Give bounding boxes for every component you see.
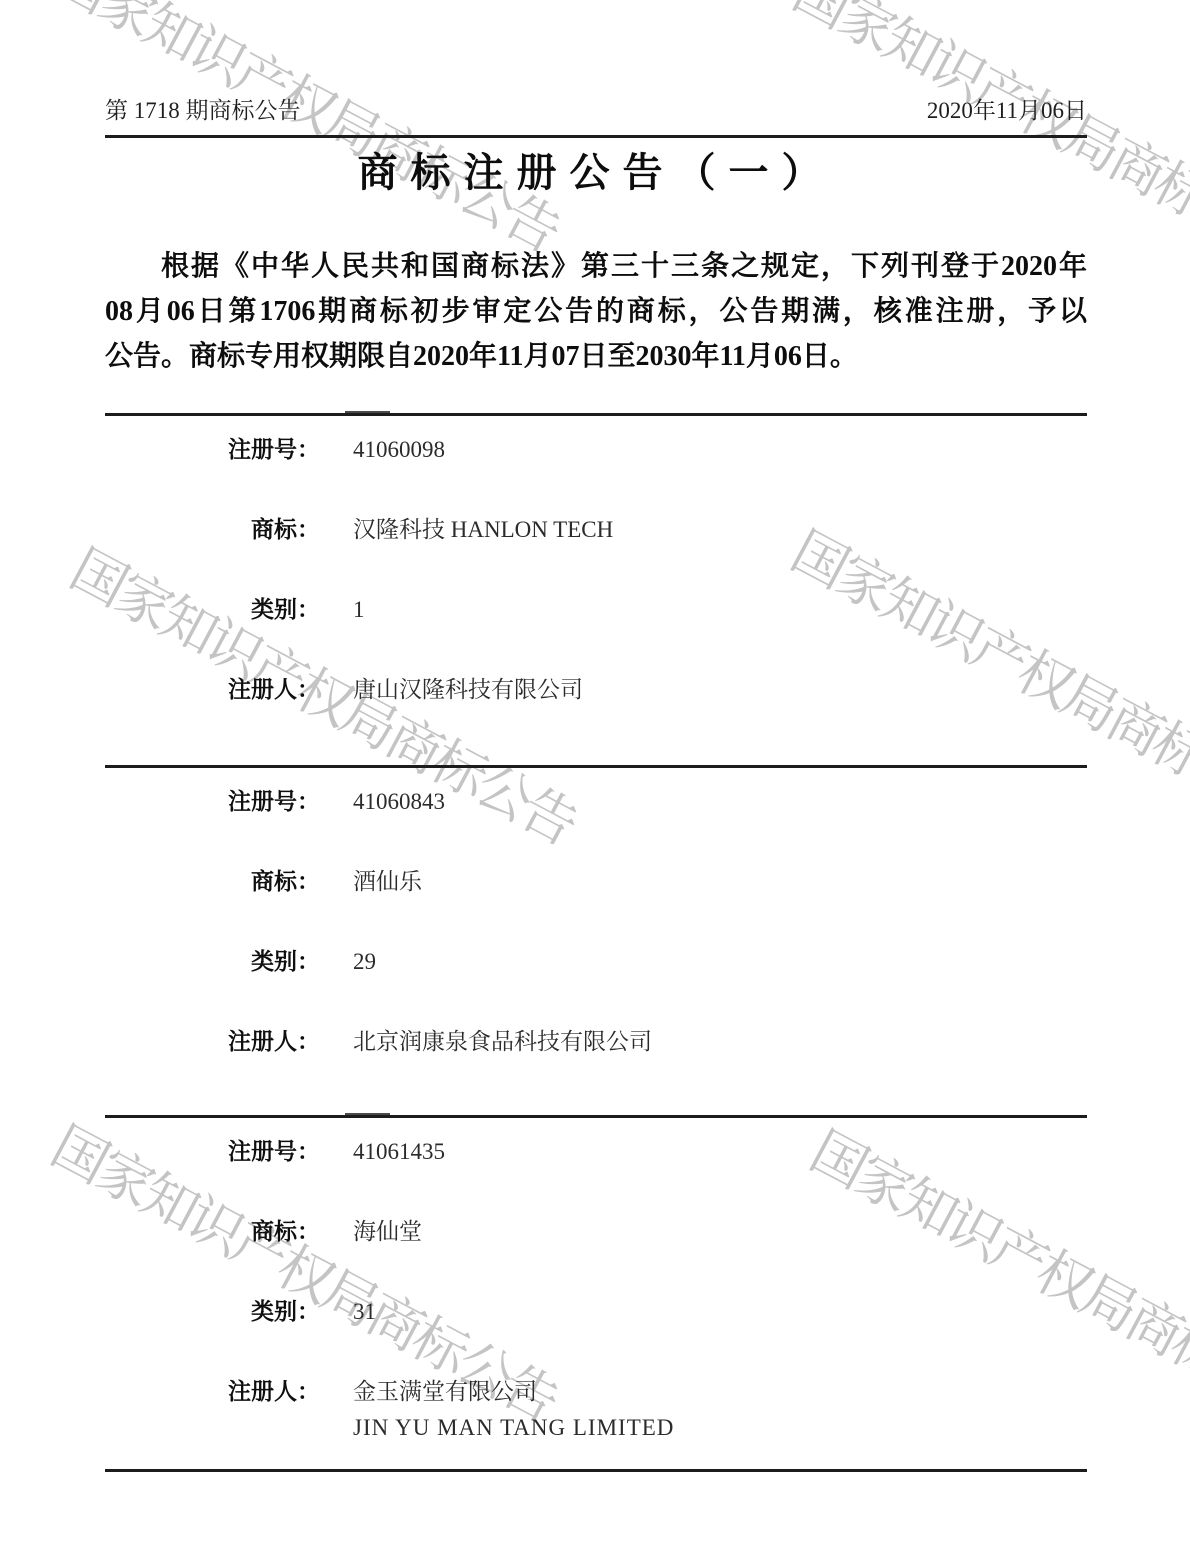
registrant-cn: 金玉满堂有限公司 — [353, 1379, 537, 1404]
registrant-row: 注册人： 北京润康泉食品科技有限公司 — [105, 1028, 1087, 1056]
reg-no-row: 注册号： 41060098 — [105, 436, 1087, 464]
page-content: 第 1718 期商标公告 2020年11月06日 商标注册公告（一） 根据《中华… — [0, 0, 1190, 1564]
reg-no-value: 41060098 — [353, 436, 445, 464]
registrant-row: 注册人： 金玉满堂有限公司JIN YU MAN TANG LIMITED — [105, 1378, 1087, 1443]
trademark-label: 商标： — [105, 516, 320, 544]
category-value: 31 — [353, 1298, 376, 1326]
reg-no-value: 41061435 — [353, 1138, 445, 1166]
registrant-en: JIN YU MAN TANG LIMITED — [353, 1413, 674, 1443]
category-label: 类别： — [105, 948, 320, 976]
trademark-entry-2: 注册号： 41060843 商标： 酒仙乐 类别： 29 注册人： 北京润康泉食… — [105, 768, 1087, 1056]
reg-no-label: 注册号： — [105, 1138, 320, 1166]
trademark-row: 商标： 酒仙乐 — [105, 868, 1087, 896]
intro-line-3: 公告。商标专用权期限自2020年11月07日至2030年11月06日。 — [105, 334, 1087, 379]
trademark-row: 商标： 汉隆科技 HANLON TECH — [105, 516, 1087, 544]
issue-number: 第 1718 期商标公告 — [105, 97, 301, 124]
trademark-value: 汉隆科技 HANLON TECH — [353, 516, 613, 544]
entry-separator — [105, 765, 1087, 768]
trademark-entry-1: 注册号： 41060098 商标： 汉隆科技 HANLON TECH 类别： 1… — [105, 416, 1087, 704]
registrant-label: 注册人： — [105, 1028, 320, 1056]
registrant-value: 唐山汉隆科技有限公司 — [353, 676, 583, 704]
bottom-separator — [105, 1469, 1087, 1472]
gazette-page: 国家知识产权局商标公告 国家知识产权局商标公告 国家知识产权局商标公告 国家知识… — [0, 0, 1190, 1564]
trademark-entry-3: 注册号： 41061435 商标： 海仙堂 类别： 31 注册人： 金玉满堂有限… — [105, 1118, 1087, 1443]
trademark-row: 商标： 海仙堂 — [105, 1218, 1087, 1246]
registrant-label: 注册人： — [105, 1378, 320, 1406]
category-value: 29 — [353, 948, 376, 976]
registrant-row: 注册人： 唐山汉隆科技有限公司 — [105, 676, 1087, 704]
page-header: 第 1718 期商标公告 2020年11月06日 — [105, 0, 1087, 124]
header-rule — [105, 135, 1087, 138]
registrant-value: 金玉满堂有限公司JIN YU MAN TANG LIMITED — [353, 1378, 674, 1443]
reg-no-row: 注册号： 41061435 — [105, 1138, 1087, 1166]
category-value: 1 — [353, 596, 365, 624]
registrant-label: 注册人： — [105, 676, 320, 704]
category-row: 类别： 31 — [105, 1298, 1087, 1326]
intro-line-2: 08月06日第1706期商标初步审定公告的商标，公告期满，核准注册，予以 — [105, 289, 1087, 334]
issue-date: 2020年11月06日 — [927, 97, 1087, 124]
trademark-label: 商标： — [105, 868, 320, 896]
page-title: 商标注册公告（一） — [105, 150, 1087, 196]
category-label: 类别： — [105, 596, 320, 624]
reg-no-label: 注册号： — [105, 788, 320, 816]
entry-separator — [105, 1115, 1087, 1118]
trademark-value: 海仙堂 — [353, 1218, 422, 1246]
entry-separator — [105, 413, 1087, 416]
registrant-value: 北京润康泉食品科技有限公司 — [353, 1028, 652, 1056]
intro-paragraph: 根据《中华人民共和国商标法》第三十三条之规定，下列刊登于2020年 08月06日… — [105, 244, 1087, 379]
trademark-value: 酒仙乐 — [353, 868, 422, 896]
trademark-label: 商标： — [105, 1218, 320, 1246]
reg-no-row: 注册号： 41060843 — [105, 788, 1087, 816]
reg-no-label: 注册号： — [105, 436, 320, 464]
category-label: 类别： — [105, 1298, 320, 1326]
intro-line-1: 根据《中华人民共和国商标法》第三十三条之规定，下列刊登于2020年 — [105, 244, 1087, 289]
category-row: 类别： 29 — [105, 948, 1087, 976]
reg-no-value: 41060843 — [353, 788, 445, 816]
category-row: 类别： 1 — [105, 596, 1087, 624]
